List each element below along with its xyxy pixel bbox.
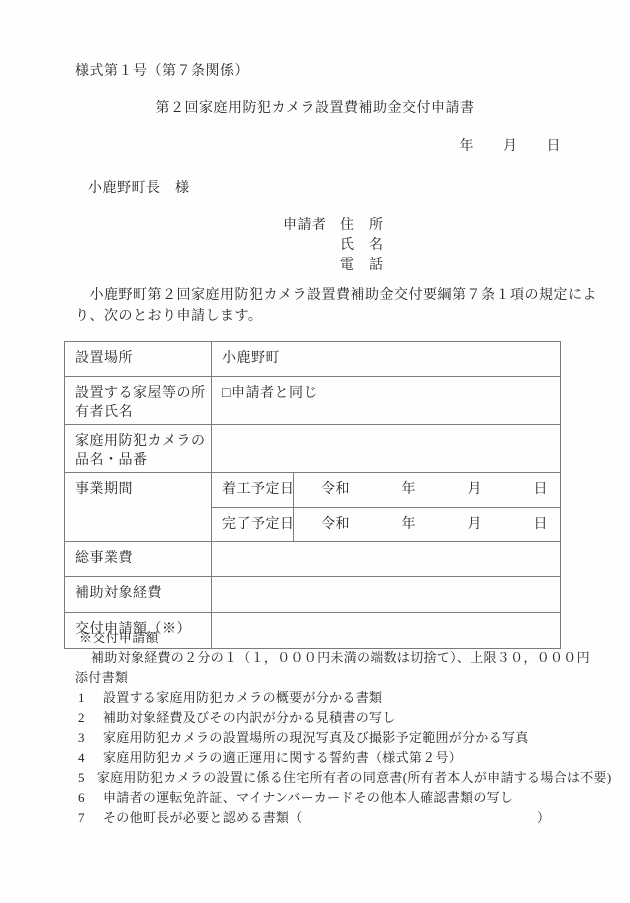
page-title: 第２回家庭用防犯カメラ設置費補助金交付申請書 bbox=[0, 97, 630, 117]
intro-paragraph: 小鹿野町第２回家庭用防犯カメラ設置費補助金交付要綱第７条１項の規定によ り、次の… bbox=[75, 286, 597, 327]
intro-line-1: 小鹿野町第２回家庭用防犯カメラ設置費補助金交付要綱第７条１項の規定によ bbox=[75, 286, 597, 307]
end-unit-year: 年 bbox=[402, 515, 417, 534]
table-row-location: 設置場所 小鹿野町 bbox=[65, 342, 561, 377]
start-date-fields: 令和 年 月 日 bbox=[304, 480, 560, 499]
table-row-total-cost: 総事業費 bbox=[65, 542, 561, 577]
attachment-item-3: 3 家庭用防犯カメラの設置場所の現況写真及び撮影予定範囲が分かる写真 bbox=[64, 728, 604, 748]
attachment-number: 5 bbox=[78, 768, 85, 788]
attachment-text: 家庭用防犯カメラの設置に係る住宅所有者の同意書(所有者本人が申請する場合は不要) bbox=[97, 768, 612, 788]
table-row-camera: 家庭用防犯カメラの品名・品番 bbox=[65, 425, 561, 473]
label-period: 事業期間 bbox=[65, 473, 212, 542]
value-eligible-cost bbox=[212, 577, 561, 613]
label-total-cost: 総事業費 bbox=[65, 542, 212, 577]
label-location: 設置場所 bbox=[65, 342, 212, 377]
applicant-label-spacer bbox=[283, 256, 340, 276]
attachment-number: 7 bbox=[78, 808, 91, 828]
table-row-eligible-cost: 補助対象経費 bbox=[65, 577, 561, 613]
attachment-number: 6 bbox=[78, 788, 91, 808]
end-unit-day: 日 bbox=[534, 515, 549, 534]
value-owner-text: 申請者と同じ bbox=[231, 386, 318, 401]
label-end-date: 完了予定日 bbox=[212, 508, 294, 542]
end-date-fields: 令和 年 月 日 bbox=[304, 515, 560, 534]
value-start-date: 令和 年 月 日 bbox=[294, 473, 561, 508]
attachment-item-2: 2 補助対象経費及びその内訳が分かる見積書の写し bbox=[64, 708, 604, 728]
applicant-label-spacer bbox=[283, 236, 340, 256]
applicant-label: 申請者 bbox=[283, 216, 340, 236]
attachment-text: 申請者の運転免許証、マイナンバーカードその他本人確認書類の写し bbox=[103, 788, 513, 808]
applicant-block: 申請者 住 所 氏 名 電 話 bbox=[283, 216, 384, 276]
attachment-item-4: 4 家庭用防犯カメラの適正運用に関する誓約書（様式第２号） bbox=[64, 748, 604, 768]
applicant-phone-row: 電 話 bbox=[283, 256, 384, 276]
notes-section: ※交付申請額 補助対象経費の２分の１（１，０００円未満の端数は切捨て）、上限３０… bbox=[64, 628, 604, 828]
attachment-number: 1 bbox=[78, 688, 91, 708]
label-owner: 設置する家屋等の所有者氏名 bbox=[65, 377, 212, 425]
attachment-item-6: 6 申請者の運転免許証、マイナンバーカードその他本人確認書類の写し bbox=[64, 788, 604, 808]
attachment-text: 設置する家庭用防犯カメラの概要が分かる書類 bbox=[103, 688, 382, 708]
application-form-page: 様式第１号（第７条関係） 第２回家庭用防犯カメラ設置費補助金交付申請書 年 月 … bbox=[0, 0, 630, 903]
attachment-close-paren: ） bbox=[537, 808, 550, 828]
date-line: 年 月 日 bbox=[460, 135, 562, 155]
end-era: 令和 bbox=[321, 515, 350, 534]
start-unit-month: 月 bbox=[468, 480, 483, 499]
attachment-text: 家庭用防犯カメラの設置場所の現況写真及び撮影予定範囲が分かる写真 bbox=[103, 728, 529, 748]
attachment-number: 3 bbox=[78, 728, 91, 748]
start-era: 令和 bbox=[321, 480, 350, 499]
label-start-date: 着工予定日 bbox=[212, 473, 294, 508]
table-row-period-start: 事業期間 着工予定日 令和 年 月 日 bbox=[65, 473, 561, 508]
note-ref-title: ※交付申請額 bbox=[64, 628, 604, 648]
intro-line-2: り、次のとおり申請します。 bbox=[75, 307, 597, 328]
addressee: 小鹿野町長 様 bbox=[88, 177, 190, 197]
start-unit-year: 年 bbox=[402, 480, 417, 499]
value-total-cost bbox=[212, 542, 561, 577]
value-end-date: 令和 年 月 日 bbox=[294, 508, 561, 542]
label-camera: 家庭用防犯カメラの品名・品番 bbox=[65, 425, 212, 473]
attachment-text: 補助対象経費及びその内訳が分かる見積書の写し bbox=[103, 708, 396, 728]
applicant-name-row: 氏 名 bbox=[283, 236, 384, 256]
value-location: 小鹿野町 bbox=[212, 342, 561, 377]
attachment-item-1: 1 設置する家庭用防犯カメラの概要が分かる書類 bbox=[64, 688, 604, 708]
form-number: 様式第１号（第７条関係） bbox=[75, 60, 249, 80]
attachment-number: 4 bbox=[78, 748, 91, 768]
start-unit-day: 日 bbox=[534, 480, 549, 499]
attachments-title: 添付書類 bbox=[64, 668, 604, 688]
attachment-item-7: 7 その他町長が必要と認める書類（ ） bbox=[64, 808, 604, 828]
attachment-text: 家庭用防犯カメラの適正運用に関する誓約書（様式第２号） bbox=[103, 748, 462, 768]
application-table: 設置場所 小鹿野町 設置する家屋等の所有者氏名 □申請者と同じ 家庭用防犯カメラ… bbox=[64, 341, 561, 649]
note-ref-body: 補助対象経費の２分の１（１，０００円未満の端数は切捨て）、上限３０，０００円 bbox=[64, 648, 604, 668]
value-owner: □申請者と同じ bbox=[212, 377, 561, 425]
applicant-field-name: 氏 名 bbox=[340, 236, 384, 256]
label-eligible-cost: 補助対象経費 bbox=[65, 577, 212, 613]
applicant-field-phone: 電 話 bbox=[340, 256, 384, 276]
table-row-owner: 設置する家屋等の所有者氏名 □申請者と同じ bbox=[65, 377, 561, 425]
applicant-field-address: 住 所 bbox=[340, 216, 384, 236]
end-unit-month: 月 bbox=[468, 515, 483, 534]
value-camera bbox=[212, 425, 561, 473]
attachment-text: その他町長が必要と認める書類（ bbox=[103, 808, 303, 828]
attachment-item-5: 5 家庭用防犯カメラの設置に係る住宅所有者の同意書(所有者本人が申請する場合は不… bbox=[64, 768, 604, 788]
applicant-address-row: 申請者 住 所 bbox=[283, 216, 384, 236]
attachment-number: 2 bbox=[78, 708, 91, 728]
checkbox-same-as-applicant-icon[interactable]: □ bbox=[222, 386, 231, 401]
